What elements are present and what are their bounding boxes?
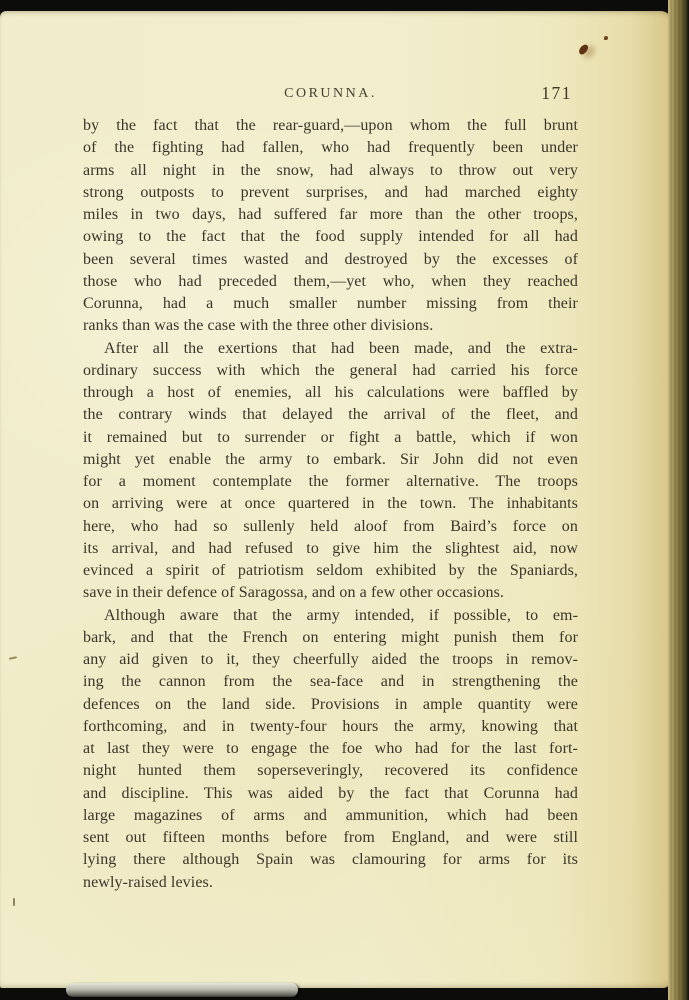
text-line: save in their defence of Saragossa, and … xyxy=(83,582,578,604)
text-line: strong outposts to prevent surprises, an… xyxy=(83,182,578,204)
book-fore-edge xyxy=(668,0,689,1000)
text-line: at last they were to engage the foe who … xyxy=(83,738,578,760)
text-line: might yet enable the army to embark. Sir… xyxy=(83,449,578,471)
text-line: through a host of enemies, all his calcu… xyxy=(83,382,578,404)
text-line: ranks than was the case with the three o… xyxy=(83,315,578,337)
text-line: the contrary winds that delayed the arri… xyxy=(83,404,578,426)
text-line: those who had preceded them,—yet who, wh… xyxy=(83,271,578,293)
text-line: lying there although Spain was clamourin… xyxy=(83,849,578,871)
text-line: by the fact that the rear-guard,—upon wh… xyxy=(83,115,578,137)
text-line: it remained but to surrender or fight a … xyxy=(83,427,578,449)
text-line: defences on the land side. Provisions in… xyxy=(83,694,578,716)
text-block: by the fact that the rear-guard,—upon wh… xyxy=(83,115,578,894)
text-line: been several times wasted and destroyed … xyxy=(83,249,578,271)
text-line: its arrival, and had refused to give him… xyxy=(83,538,578,560)
paragraph: by the fact that the rear-guard,—upon wh… xyxy=(83,115,578,338)
running-head: CORUNNA. 171 xyxy=(83,86,578,108)
scan-artifact-margin-tick xyxy=(13,898,15,906)
paragraph: Although aware that the army intended, i… xyxy=(83,605,578,894)
text-line: evinced a spirit of patriotism seldom ex… xyxy=(83,560,578,582)
text-line: on arriving were at once quartered in th… xyxy=(83,493,578,515)
running-head-title: CORUNNA. xyxy=(83,86,578,102)
book-page: CORUNNA. 171 by the fact that the rear-g… xyxy=(0,11,671,988)
text-line: arms all night in the snow, had always t… xyxy=(83,160,578,182)
text-line: miles in two days, had suffered far more… xyxy=(83,204,578,226)
text-line: newly-raised levies. xyxy=(83,872,578,894)
text-line: ing the cannon from the sea-face and in … xyxy=(83,671,578,693)
text-line: large magazines of arms and ammunition, … xyxy=(83,805,578,827)
text-line: here, who had so sullenly held aloof fro… xyxy=(83,516,578,538)
text-line: and discipline. This was aided by the fa… xyxy=(83,783,578,805)
text-line: forthcoming, and in twenty-four hours th… xyxy=(83,716,578,738)
paragraph: After all the exertions that had been ma… xyxy=(83,338,578,605)
text-line: Corunna, had a much smaller number missi… xyxy=(83,293,578,315)
text-line: bark, and that the French on entering mi… xyxy=(83,627,578,649)
text-line: After all the exertions that had been ma… xyxy=(83,338,578,360)
text-line: any aid given to it, they cheerfully aid… xyxy=(83,649,578,671)
text-line: ordinary success with which the general … xyxy=(83,360,578,382)
text-line: Although aware that the army intended, i… xyxy=(83,605,578,627)
text-line: night hunted them soperseveringly, recov… xyxy=(83,760,578,782)
book-cover-edge xyxy=(66,983,298,997)
text-line: sent out fifteen months before from Engl… xyxy=(83,827,578,849)
text-line: owing to the fact that the food supply i… xyxy=(83,226,578,248)
text-line: for a moment contemplate the former alte… xyxy=(83,471,578,493)
text-line: of the fighting had fallen, who had freq… xyxy=(83,137,578,159)
page-number: 171 xyxy=(541,83,572,104)
scan-artifact-dot xyxy=(604,36,608,40)
